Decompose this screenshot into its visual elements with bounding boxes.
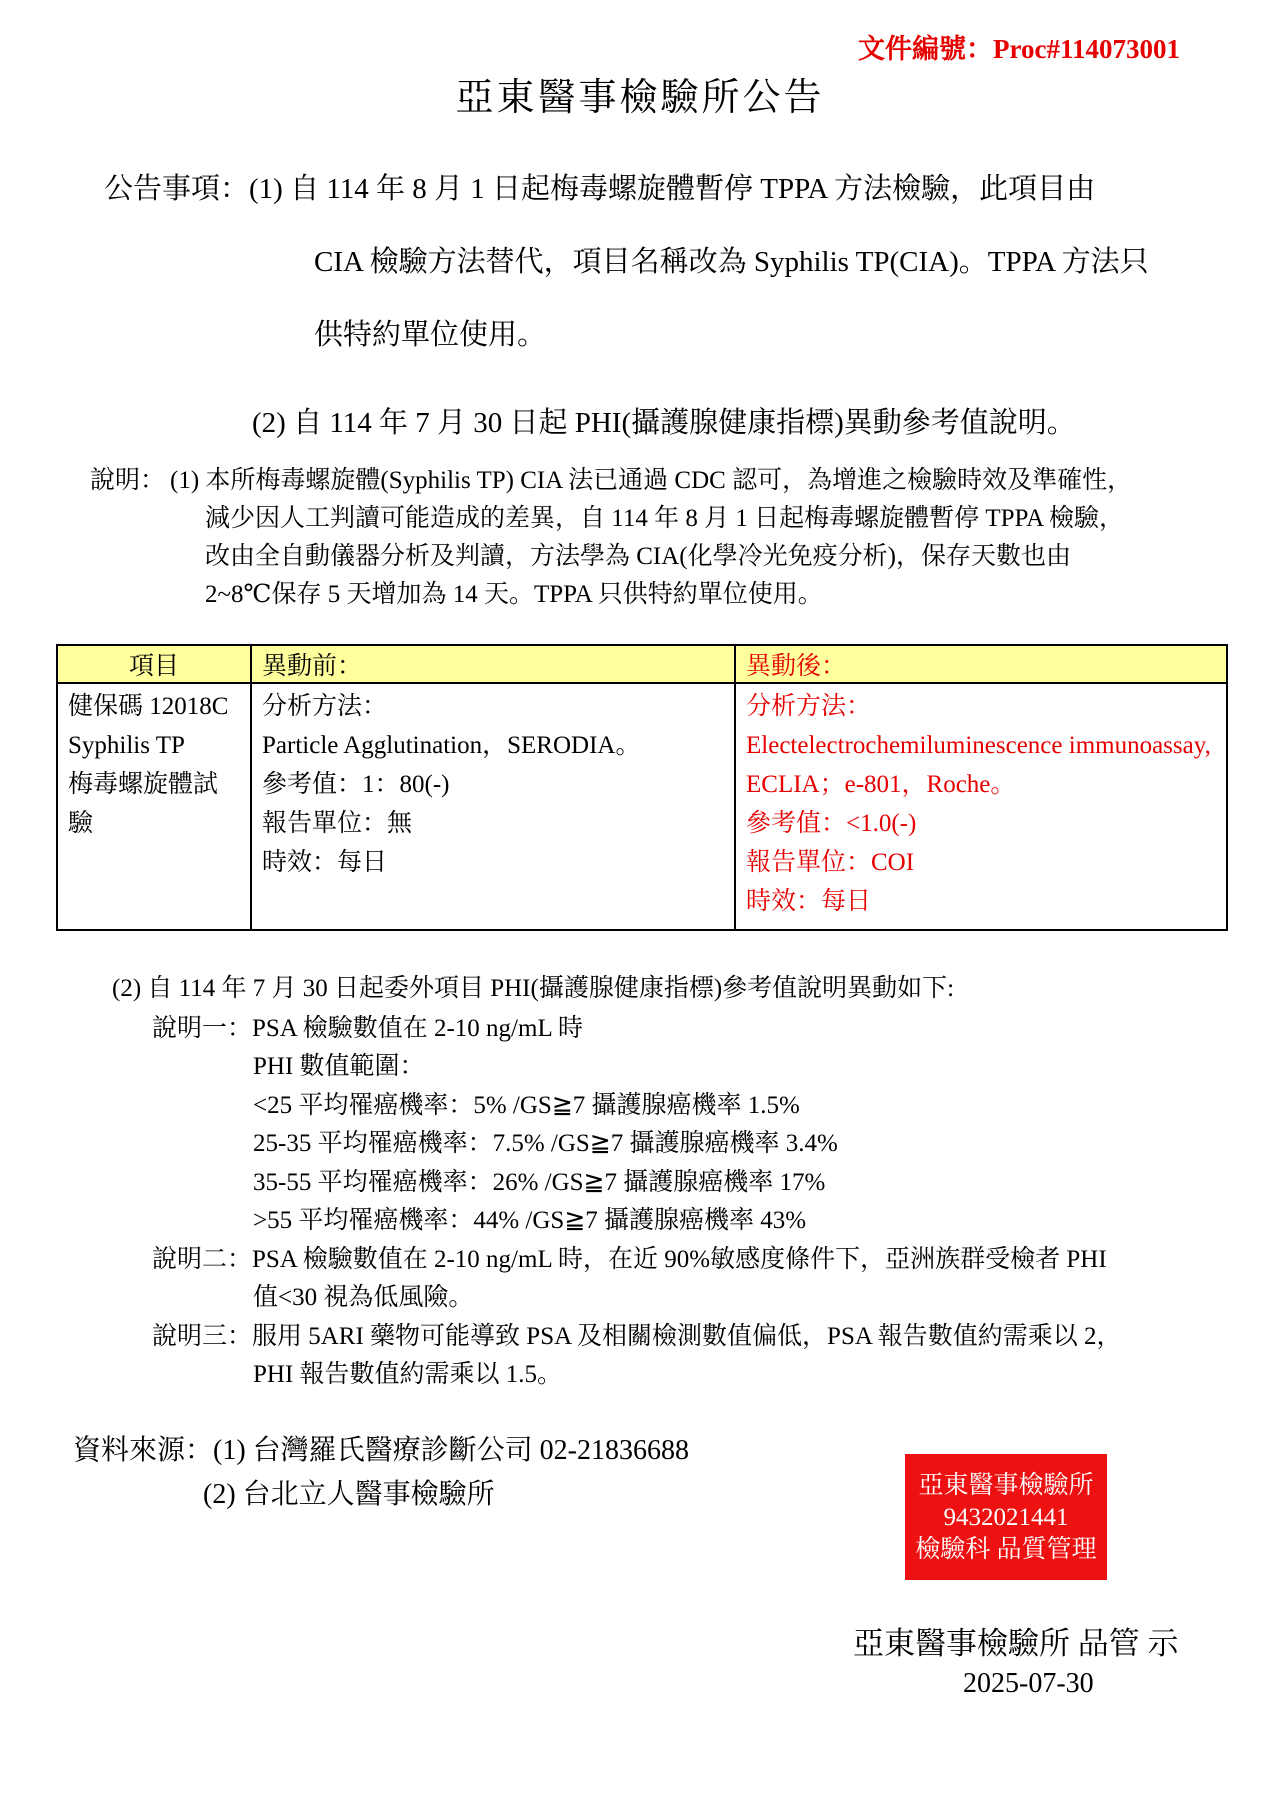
footer-signature: 亞東醫事檢驗所 品管 示 — [853, 1618, 1179, 1663]
phi-note-1: 說明一：PSA 檢驗數值在 2-10 ng/mL 時 — [152, 1008, 583, 1044]
announcement-line-2: CIA 檢驗方法替代，項目名稱改為 Syphilis TP(CIA)。TPPA … — [314, 239, 1149, 280]
phi-range-3: 35-55 平均罹癌機率：26% /GS≧7 攝護腺癌機率 17% — [253, 1162, 825, 1198]
table-header-after: 異動後： — [735, 645, 1227, 683]
announcement-item-2: (2) 自 114 年 7 月 30 日起 PHI(攝護腺健康指標)異動參考值說… — [252, 400, 1076, 441]
stamp-department: 檢驗科 品質管理 — [905, 1537, 1107, 1562]
item-cell-line-1: 健保碼 12018C — [68, 687, 240, 726]
before-cell-line-5: 時效：每日 — [262, 843, 724, 882]
before-cell-line-2: Particle Agglutination，SERODIA。 — [262, 726, 724, 765]
table-body-row: 健保碼 12018C Syphilis TP 梅毒螺旋體試 驗 分析方法： Pa… — [57, 683, 1227, 930]
phi-note-3-line-2: PHI 報告數值約需乘以 1.5。 — [253, 1354, 562, 1390]
explanation-line-3: 改由全自動儀器分析及判讀，方法學為 CIA(化學冷光免疫分析)，保存天數也由 — [205, 536, 1071, 572]
page-title: 亞東醫事檢驗所公告 — [0, 66, 1280, 121]
changes-table: 項目 異動前： 異動後： 健保碼 12018C Syphilis TP 梅毒螺旋… — [56, 644, 1228, 931]
before-cell: 分析方法： Particle Agglutination，SERODIA。 參考… — [251, 683, 735, 930]
table-header-row: 項目 異動前： 異動後： — [57, 645, 1227, 683]
phi-range-label: PHI 數值範圍： — [253, 1046, 425, 1082]
after-cell: 分析方法： Electelectrochemiluminescence immu… — [735, 683, 1227, 930]
after-cell-line-3: ECLIA；e-801，Roche。 — [746, 765, 1216, 804]
before-cell-line-1: 分析方法： — [262, 687, 724, 726]
after-cell-line-4: 參考值：<1.0(-) — [746, 804, 1216, 843]
stamp-lab-name: 亞東醫事檢驗所 — [905, 1473, 1107, 1498]
announcement-line-1: 公告事項：(1) 自 114 年 8 月 1 日起梅毒螺旋體暫停 TPPA 方法… — [104, 166, 1095, 207]
before-cell-line-4: 報告單位：無 — [262, 804, 724, 843]
document-number: 文件編號：Proc#114073001 — [858, 27, 1180, 66]
lab-red-stamp: 亞東醫事檢驗所 9432021441 檢驗科 品質管理 — [905, 1454, 1107, 1580]
before-cell-line-3: 參考值：1：80(-) — [262, 765, 724, 804]
phi-range-4: >55 平均罹癌機率：44% /GS≧7 攝護腺癌機率 43% — [253, 1200, 806, 1236]
after-cell-line-5: 報告單位：COI — [746, 843, 1216, 882]
phi-note-2-line-2: 值<30 視為低風險。 — [253, 1277, 473, 1313]
footer-date: 2025-07-30 — [963, 1668, 1094, 1700]
sources-line-1: 資料來源：(1) 台灣羅氏醫療診斷公司 02-21836688 — [73, 1428, 689, 1468]
table-header-before: 異動前： — [251, 645, 735, 683]
sources-line-2: (2) 台北立人醫事檢驗所 — [203, 1472, 495, 1512]
explanation-label: 說明： — [90, 460, 165, 496]
explanation-line-1: (1) 本所梅毒螺旋體(Syphilis TP) CIA 法已通過 CDC 認可… — [170, 460, 1132, 496]
phi-range-1: <25 平均罹癌機率：5% /GS≧7 攝護腺癌機率 1.5% — [253, 1085, 800, 1121]
explanation-line-2: 減少因人工判讀可能造成的差異，自 114 年 8 月 1 日起梅毒螺旋體暫停 T… — [205, 498, 1124, 534]
item-cell-line-4: 驗 — [68, 804, 240, 843]
after-cell-line-2: Electelectrochemiluminescence immunoassa… — [746, 726, 1216, 765]
item-cell-line-2: Syphilis TP — [68, 726, 240, 765]
phi-range-2: 25-35 平均罹癌機率：7.5% /GS≧7 攝護腺癌機率 3.4% — [253, 1123, 838, 1159]
item-cell-line-3: 梅毒螺旋體試 — [68, 765, 240, 804]
announcement-line-3: 供特約單位使用。 — [314, 312, 546, 353]
table-header-item: 項目 — [57, 645, 251, 683]
phi-note-3-line-1: 說明三：服用 5ARI 藥物可能導致 PSA 及相關檢測數值偏低，PSA 報告數… — [152, 1316, 1122, 1352]
phi-section-heading: (2) 自 114 年 7 月 30 日起委外項目 PHI(攝護腺健康指標)參考… — [112, 968, 954, 1004]
item-cell: 健保碼 12018C Syphilis TP 梅毒螺旋體試 驗 — [57, 683, 251, 930]
after-cell-line-1: 分析方法： — [746, 687, 1216, 726]
announcement-document-page: 文件編號：Proc#114073001 亞東醫事檢驗所公告 公告事項：(1) 自… — [0, 0, 1280, 1810]
explanation-line-4: 2~8℃保存 5 天增加為 14 天。TPPA 只供特約單位使用。 — [205, 574, 823, 610]
phi-note-2-line-1: 說明二：PSA 檢驗數值在 2-10 ng/mL 時，在近 90%敏感度條件下，… — [152, 1239, 1107, 1275]
stamp-number: 9432021441 — [905, 1505, 1107, 1530]
after-cell-line-6: 時效：每日 — [746, 882, 1216, 921]
